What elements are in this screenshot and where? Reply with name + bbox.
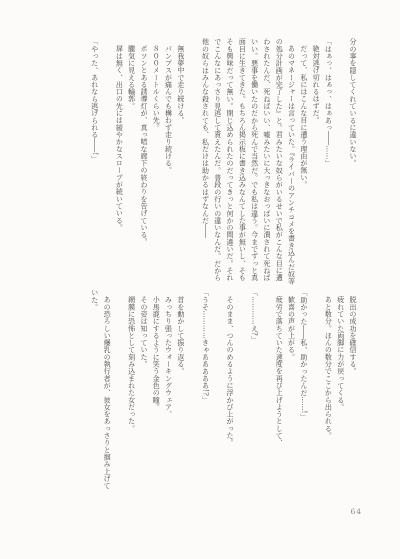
paragraph: 絶対逃げ切れるはずだ。	[310, 38, 322, 288]
paragraph: 首を動かして振り返る。	[175, 289, 187, 491]
paragraph: みっちり張ったウォーキングウェア、	[162, 289, 174, 491]
paragraph: 扉は無く、出口の先には緩やかなスロープが続いている。	[113, 38, 125, 288]
dialogue-line: 「…………え?」	[248, 289, 260, 491]
text-band-upper: 分の事を隠してくれているに違いない。 「はぁっ、はぁっ、はぁあっ――……」 絶対…	[88, 38, 359, 288]
page-number: 64	[350, 507, 362, 516]
paragraph: だって、私にはこんな目に遭う理由が無い。	[298, 38, 310, 288]
dialogue-line: 「助かった――私、助かったんだ……!」	[298, 289, 310, 491]
paragraph: 分の事を隠してくれているに違いない。	[347, 38, 359, 288]
paragraph: あのマネージャーは言っていた。『ライバーのアンチコメを書き込んだ奴等の処分計画が…	[199, 38, 297, 288]
paragraph: 歓喜の声が上がる。	[285, 289, 297, 491]
paragraph: 朧気に見える輪郭。	[125, 38, 137, 288]
paragraph: 脱出の成功を確信する。	[347, 289, 359, 491]
dialogue-line: 「うそ…………きゃあああああ!?」	[199, 289, 211, 491]
paragraph: 疲れていた両脚に力が戻ってくる。	[334, 289, 346, 491]
paragraph: ８００メートルくらい先。	[150, 38, 162, 288]
book-page: 分の事を隠してくれているに違いない。 「はぁっ、はぁっ、はぁあっ――……」 絶対…	[0, 0, 400, 559]
text-band-lower: 脱出の成功を確信する。 疲れていた両脚に力が戻ってくる。 あと数分。ほんの数分で…	[88, 289, 359, 491]
paragraph: そのまま、つんのめるように浮かび上がった。	[224, 289, 236, 491]
paragraph: ポツンとある誘導灯が、真っ暗な廊下の終わりを告げている。	[138, 38, 150, 288]
paragraph: 小馬鹿にするように笑う金色の瞳。	[150, 289, 162, 491]
paragraph: パンプスが痛んでも構わず走り続ける。	[162, 38, 174, 288]
paragraph: その姿は知っていた。	[138, 289, 150, 491]
paragraph: 疲労で落ちていた速度を再び上げようとして、	[273, 289, 285, 491]
dialogue-line: 「やった、あれなら逃げられる――!」	[88, 38, 100, 288]
paragraph: 網膜に恐怖として刻み込まれた女だった。	[125, 289, 137, 491]
paragraph: 無我夢中で走り続ける。	[175, 38, 187, 288]
paragraph: あと数分。ほんの数分でここから出られる。	[322, 289, 334, 491]
paragraph: あの恐ろしい爆乳の執行者が、彼女をあっさりと掴み上げていた。	[88, 289, 113, 491]
dialogue-line: 「はぁっ、はぁっ、はぁあっ――……」	[322, 38, 334, 288]
